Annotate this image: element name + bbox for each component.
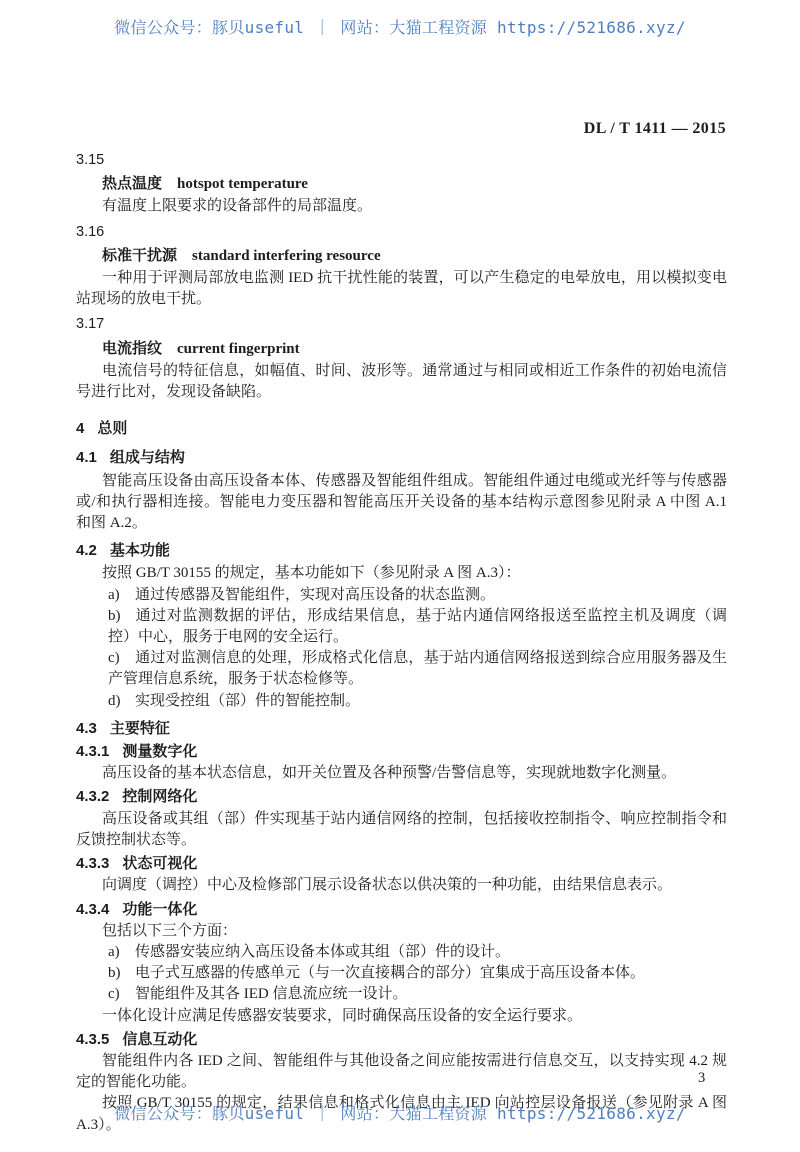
list-item-c: c)通过对监测信息的处理，形成格式化信息，基于站内通信网络报送到综合应用服务器及… (76, 648, 727, 690)
heading-number: 4.3.1 (76, 743, 109, 760)
heading-number: 4.2 (76, 542, 97, 559)
header-standard-number: DL / T 1411 — 2015 (76, 120, 726, 138)
term-heading-hotspot-temperature: 热点温度hotspot temperature (76, 174, 727, 195)
list-marker: a) (108, 942, 135, 963)
heading-title: 功能一体化 (122, 901, 197, 918)
paragraph: 高压设备或其组（部）件实现基于站内通信网络的控制，包括接收控制指令、响应控制指令… (76, 809, 727, 851)
heading-number: 4.1 (76, 449, 97, 466)
heading-number: 4.3.5 (76, 1031, 109, 1048)
document-page: 微信公众号：豚贝useful ｜ 网站：大猫工程资源 https://52168… (0, 0, 800, 1152)
heading-4-3-4: 4.3.4功能一体化 (76, 899, 727, 920)
heading-4-1: 4.1组成与结构 (76, 447, 727, 468)
term-en: standard interfering resource (192, 248, 381, 264)
paragraph: 有温度上限要求的设备部件的局部温度。 (76, 196, 727, 217)
document-content: 3.15 热点温度hotspot temperature 有温度上限要求的设备部… (76, 146, 727, 1136)
heading-title: 主要特征 (110, 720, 170, 737)
clause-number-3-16: 3.16 (76, 222, 727, 243)
list-text: 电子式互感器的传感单元（与一次直接耦合的部分）宜集成于高压设备本体。 (135, 965, 645, 981)
list-marker: c) (108, 984, 135, 1005)
list-item-d: d)实现受控组（部）件的智能控制。 (76, 691, 727, 712)
heading-4-3-5: 4.3.5信息互动化 (76, 1029, 727, 1050)
list-text: 实现受控组（部）件的智能控制。 (135, 693, 360, 709)
paragraph: 电流信号的特征信息，如幅值、时间、波形等。通常通过与相同或相近工作条件的初始电流… (76, 361, 727, 403)
paragraph: 高压设备的基本状态信息，如开关位置及各种预警/告警信息等，实现就地数字化测量。 (76, 763, 727, 784)
watermark-bottom: 微信公众号：豚贝useful ｜ 网站：大猫工程资源 https://52168… (0, 1101, 800, 1124)
paragraph: 向调度（调控）中心及检修部门展示设备状态以供决策的一种功能，由结果信息表示。 (76, 875, 727, 896)
heading-title: 测量数字化 (122, 743, 197, 760)
heading-number: 4.3.4 (76, 901, 109, 918)
heading-number: 4.3 (76, 720, 97, 737)
list-text: 通过对监测数据的评估，形成结果信息，基于站内通信网络报送至监控主机及调度（调控）… (108, 608, 727, 645)
list-marker: b) (108, 963, 135, 984)
heading-4-3: 4.3主要特征 (76, 718, 727, 739)
paragraph: 包括以下三个方面： (76, 921, 727, 942)
watermark-top: 微信公众号：豚贝useful ｜ 网站：大猫工程资源 https://52168… (0, 15, 800, 38)
heading-number: 4.3.3 (76, 855, 109, 872)
list-text: 通过传感器及智能组件，实现对高压设备的状态监测。 (135, 587, 495, 603)
page-number: 3 (698, 1070, 705, 1087)
term-en: current fingerprint (177, 341, 300, 357)
heading-title: 信息互动化 (122, 1031, 197, 1048)
paragraph: 按照 GB/T 30155 的规定，基本功能如下（参见附录 A 图 A.3）： (76, 563, 727, 584)
paragraph: 智能高压设备由高压设备本体、传感器及智能组件组成。智能组件通过电缆或光纤等与传感… (76, 471, 727, 535)
term-zh: 标准干扰源 (102, 248, 177, 264)
heading-4-3-2: 4.3.2控制网络化 (76, 786, 727, 807)
list-item-b: b)电子式互感器的传感单元（与一次直接耦合的部分）宜集成于高压设备本体。 (76, 963, 727, 984)
heading-title: 组成与结构 (110, 449, 185, 466)
term-zh: 热点温度 (102, 176, 162, 192)
list-marker: b) (108, 606, 135, 627)
heading-number: 4 (76, 420, 84, 437)
heading-number: 4.3.2 (76, 788, 109, 805)
heading-4: 4总则 (76, 418, 727, 439)
heading-4-3-3: 4.3.3状态可视化 (76, 853, 727, 874)
list-item-a: a)传感器安装应纳入高压设备本体或其组（部）件的设计。 (76, 942, 727, 963)
paragraph: 智能组件内各 IED 之间、智能组件与其他设备之间应能按需进行信息交互，以支持实… (76, 1051, 727, 1093)
list-text: 通过对监测信息的处理，形成格式化信息，基于站内通信网络报送到综合应用服务器及生产… (108, 650, 727, 687)
list-text: 智能组件及其各 IED 信息流应统一设计。 (135, 986, 408, 1002)
heading-title: 状态可视化 (122, 855, 197, 872)
heading-title: 总则 (97, 420, 127, 437)
list-item-c: c)智能组件及其各 IED 信息流应统一设计。 (76, 984, 727, 1005)
list-marker: c) (108, 648, 135, 669)
heading-4-2: 4.2基本功能 (76, 540, 727, 561)
heading-4-3-1: 4.3.1测量数字化 (76, 741, 727, 762)
heading-title: 控制网络化 (122, 788, 197, 805)
heading-title: 基本功能 (110, 542, 170, 559)
term-en: hotspot temperature (177, 176, 308, 192)
paragraph: 一种用于评测局部放电监测 IED 抗干扰性能的装置，可以产生稳定的电晕放电，用以… (76, 268, 727, 310)
term-heading-current-fingerprint: 电流指纹current fingerprint (76, 339, 727, 360)
paragraph: 一体化设计应满足传感器安装要求，同时确保高压设备的安全运行要求。 (76, 1006, 727, 1027)
list-marker: d) (108, 691, 135, 712)
clause-number-3-15: 3.15 (76, 150, 727, 171)
list-item-a: a)通过传感器及智能组件，实现对高压设备的状态监测。 (76, 585, 727, 606)
term-zh: 电流指纹 (102, 341, 162, 357)
list-text: 传感器安装应纳入高压设备本体或其组（部）件的设计。 (135, 944, 510, 960)
list-item-b: b)通过对监测数据的评估，形成结果信息，基于站内通信网络报送至监控主机及调度（调… (76, 606, 727, 648)
list-marker: a) (108, 585, 135, 606)
clause-number-3-17: 3.17 (76, 314, 727, 335)
term-heading-standard-interfering-resource: 标准干扰源standard interfering resource (76, 246, 727, 267)
